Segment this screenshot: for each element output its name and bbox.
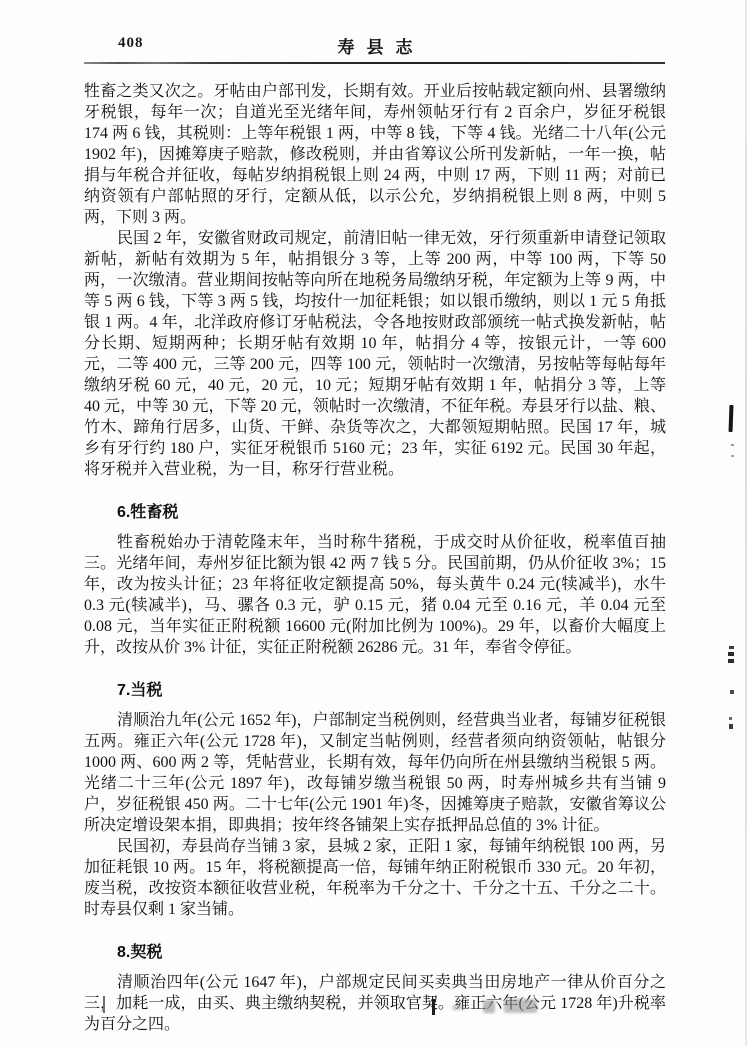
scan-artifact-tick [729,717,732,720]
scan-artifact-bottom-tick [103,996,105,1013]
book-title: 寿县志 [84,33,666,58]
scan-artifact-tick [730,690,734,694]
paragraph: 清顺治九年(公元 1652 年)，户部制定当税例则，经营典当业者，每铺岁征税银五… [84,710,666,836]
section-heading: 6.牲畜税 [117,502,666,523]
paragraph: 民国初，寿县尚存当铺 3 家，县城 2 家，正阳 1 家，每铺年纳税银 100 … [84,836,666,920]
scan-artifact-smudge [504,999,537,1013]
scan-artifact-tick [729,646,734,649]
scan-artifact-smudge [452,1005,465,1010]
paragraph: 民国 2 年，安徽省财政司规定，前清旧帖一律无效，牙行须重新申请登记领取新帖，新… [84,228,666,480]
scan-artifact-dot [358,1002,361,1004]
scan-artifact-dot [273,1000,276,1002]
scan-artifact-dot [731,455,734,457]
section-heading: 7.当税 [117,680,666,701]
section-heading: 8.契税 [117,942,666,963]
scan-artifact-bottom-bar [432,999,435,1015]
scan-artifact-tick [729,724,733,729]
header-rule [84,62,665,64]
scan-artifact-tick [728,659,734,663]
scan-artifact-dot [731,444,734,446]
paragraph: 清顺治四年(公元 1647 年)，户部规定民间买卖典当田房地产一律从价百分之三，… [84,972,666,1035]
paragraph: 牲畜之类又次之。牙帖由户部刊发，长期有效。开业后按帖载定额向州、县署缴纳牙税银，… [84,81,666,228]
scan-artifact-smudge [483,1000,495,1013]
page-body: 牲畜之类又次之。牙帖由户部刊发，长期有效。开业后按帖载定额向州、县署缴纳牙税银，… [84,81,666,1035]
page-header: 408 寿县志 [84,0,666,70]
book-page: 408 寿县志 牲畜之类又次之。牙帖由户部刊发，长期有效。开业后按帖载定额向州、… [0,0,747,1046]
scan-artifact-right-bar [729,405,734,432]
scan-artifact-tick [728,652,734,656]
paragraph: 牲畜税始办于清乾隆末年，当时称牛猪税，于成交时从价征收，税率值百抽三。光绪年间，… [84,532,666,658]
